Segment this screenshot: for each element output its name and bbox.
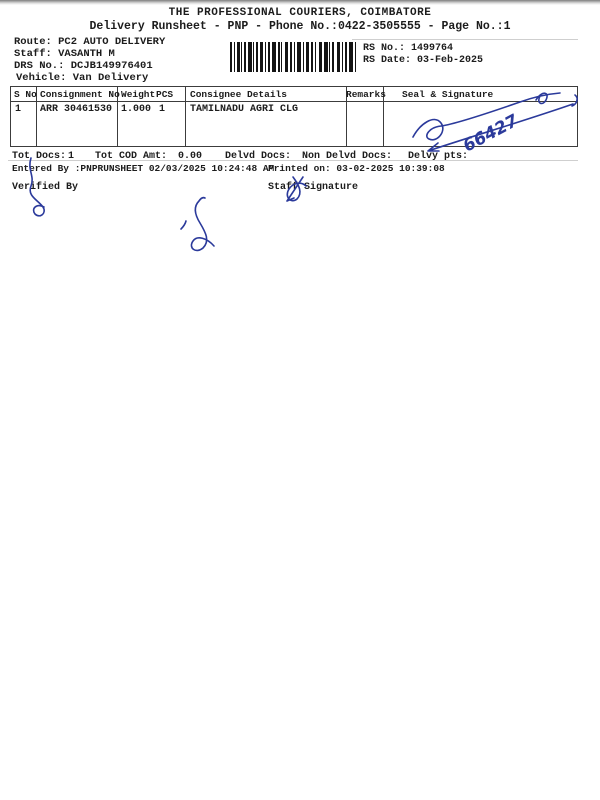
document-subtitle: Delivery Runsheet - PNP - Phone No.:0422… <box>0 20 600 33</box>
cell-weight: 1.000 <box>121 104 151 115</box>
printed-on-line: Printed on: 03-02-2025 10:39:08 <box>268 163 445 174</box>
barcode <box>230 42 356 72</box>
cell-sno: 1 <box>15 104 21 115</box>
divider-line <box>8 160 578 161</box>
staff-label: Staff: <box>14 48 52 60</box>
col-header-consignee-details: Consignee Details <box>190 89 287 100</box>
rs-date-label: RS Date: <box>363 55 411 66</box>
rs-no-line: RS No.: 1499764 <box>363 43 453 54</box>
route-line: Route: PC2 AUTO DELIVERY <box>14 36 165 48</box>
middle-ink-squiggle <box>191 198 214 251</box>
col-header-pcs: PCS <box>156 89 173 100</box>
staff-line: Staff: VASANTH M <box>14 48 115 60</box>
staff-value: VASANTH M <box>58 48 115 60</box>
delivery-runsheet-document: THE PROFESSIONAL COURIERS, COIMBATORE De… <box>0 0 600 800</box>
entered-by-line: Entered By :PNPRUNSHEET 02/03/2025 10:24… <box>12 163 274 174</box>
vehicle-value: Van Delivery <box>73 72 149 84</box>
route-value: PC2 AUTO DELIVERY <box>58 36 165 48</box>
table-column-divider <box>185 87 186 146</box>
divider-line <box>352 39 578 40</box>
rs-no-label: RS No.: <box>363 43 405 54</box>
col-header-remarks: Remarks <box>346 89 386 100</box>
col-header-sno: S No <box>14 89 37 100</box>
cell-pcs: 1 <box>159 104 165 115</box>
rs-date-value: 03-Feb-2025 <box>417 55 483 66</box>
table-header-divider <box>11 101 577 102</box>
rs-no-value: 1499764 <box>411 43 453 54</box>
drs-label: DRS No.: <box>14 60 64 72</box>
col-header-consignment-no: Consignment No <box>40 89 120 100</box>
col-header-weight: Weight <box>121 89 155 100</box>
scan-artifact-bar <box>0 0 600 5</box>
middle-ink-tick <box>181 221 186 229</box>
company-title: THE PROFESSIONAL COURIERS, COIMBATORE <box>0 7 600 19</box>
vehicle-label: Vehicle: <box>16 72 66 84</box>
cell-consignment-no: ARR 30461530 <box>40 104 112 115</box>
drs-line: DRS No.: DCJB149976401 <box>14 60 153 72</box>
route-label: Route: <box>14 36 52 48</box>
staff-signature-label: Staff Signature <box>268 182 358 193</box>
verified-by-label: Verified By <box>12 182 78 193</box>
col-header-seal-signature: Seal & Signature <box>402 89 493 100</box>
cell-consignee-details: TAMILNADU AGRI CLG <box>190 104 298 115</box>
drs-value: DCJB149976401 <box>71 60 153 72</box>
rs-date-line: RS Date: 03-Feb-2025 <box>363 55 483 66</box>
vehicle-line: Vehicle: Van Delivery <box>16 72 148 84</box>
